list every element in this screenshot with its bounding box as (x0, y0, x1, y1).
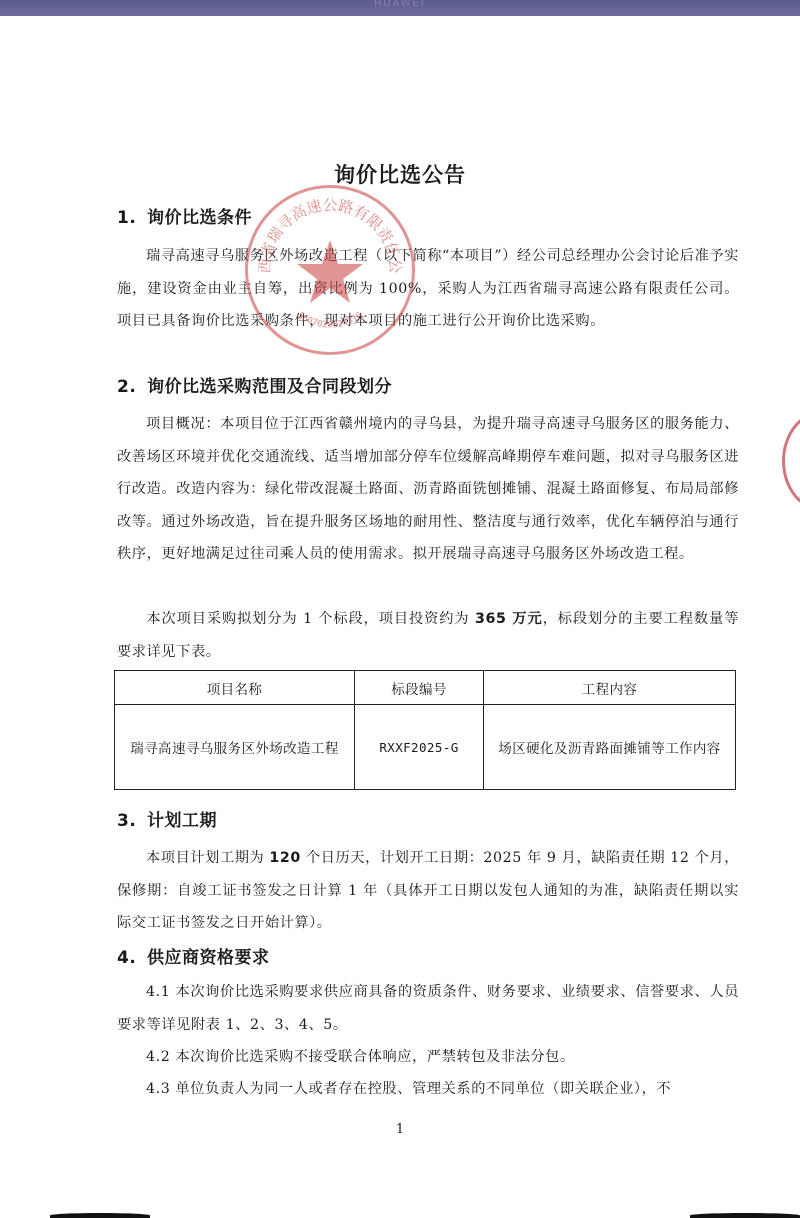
section-1-heading: 1.询价比选条件 (117, 203, 252, 228)
section-number: 2. (117, 377, 147, 397)
section-heading-text: 询价比选条件 (147, 208, 252, 228)
cell-lot-number: RXXF2025-G (355, 705, 484, 790)
duration-days: 120 (269, 850, 300, 866)
cell-work-content: 场区硬化及沥青路面摊铺等工作内容 (484, 705, 736, 790)
page-title: 询价比选公告 (0, 159, 800, 189)
table-header-row: 项目名称 标段编号 工程内容 (115, 671, 736, 705)
section-2-heading: 2.询价比选采购范围及合同段划分 (117, 372, 392, 397)
scan-shadow-right (690, 1213, 800, 1218)
section-number: 3. (117, 811, 147, 831)
page-number: 1 (0, 1122, 800, 1137)
cell-project-name: 瑞寻高速寻乌服务区外场改造工程 (115, 705, 355, 790)
document-page: 询价比选公告 1.询价比选条件 瑞寻高速寻乌服务区外场改造工程（以下简称“本项目… (0, 16, 800, 1218)
lot-table: 项目名称 标段编号 工程内容 瑞寻高速寻乌服务区外场改造工程 RXXF2025-… (114, 670, 736, 790)
section-number: 4. (117, 948, 147, 968)
investment-amount: 365 万元 (475, 611, 543, 627)
column-header-project-name: 项目名称 (115, 671, 355, 705)
device-top-edge: HUAWEI (0, 0, 800, 16)
scan-shadow-left (50, 1213, 150, 1218)
table-row: 瑞寻高速寻乌服务区外场改造工程 RXXF2025-G 场区硬化及沥青路面摊铺等工… (115, 705, 736, 790)
section-heading-text: 询价比选采购范围及合同段划分 (147, 377, 392, 397)
partial-seal-right-edge (782, 411, 800, 511)
section-number: 1. (117, 208, 147, 228)
section-1-paragraph: 瑞寻高速寻乌服务区外场改造工程（以下简称“本项目”）经公司总经理办公会讨论后准予… (117, 240, 739, 338)
watermark-text: HUAWEI (374, 0, 426, 9)
column-header-lot-number: 标段编号 (355, 671, 484, 705)
section-2-lot-paragraph: 本次项目采购拟划分为 1 个标段，项目投资约为 365 万元，标段划分的主要工程… (117, 603, 739, 668)
column-header-work-content: 工程内容 (484, 671, 736, 705)
clause-4-3: 4.3 单位负责人为同一人或者存在控股、管理关系的不同单位（即关联企业），不 (117, 1073, 739, 1106)
section-2-overview-paragraph: 项目概况：本项目位于江西省赣州境内的寻乌县，为提升瑞寻高速寻乌服务区的服务能力、… (117, 408, 739, 571)
section-3-paragraph: 本项目计划工期为 120 个日历天，计划开工日期：2025 年 9 月，缺陷责任… (117, 842, 739, 940)
section-heading-text: 供应商资格要求 (147, 948, 270, 968)
clause-4-1: 4.1 本次询价比选采购要求供应商具备的资质条件、财务要求、业绩要求、信誉要求、… (117, 976, 739, 1041)
section-heading-text: 计划工期 (147, 811, 217, 831)
section-3-heading: 3.计划工期 (117, 806, 217, 831)
section-4-heading: 4.供应商资格要求 (117, 943, 270, 968)
clause-4-2: 4.2 本次询价比选采购不接受联合体响应，严禁转包及非法分包。 (117, 1041, 739, 1074)
